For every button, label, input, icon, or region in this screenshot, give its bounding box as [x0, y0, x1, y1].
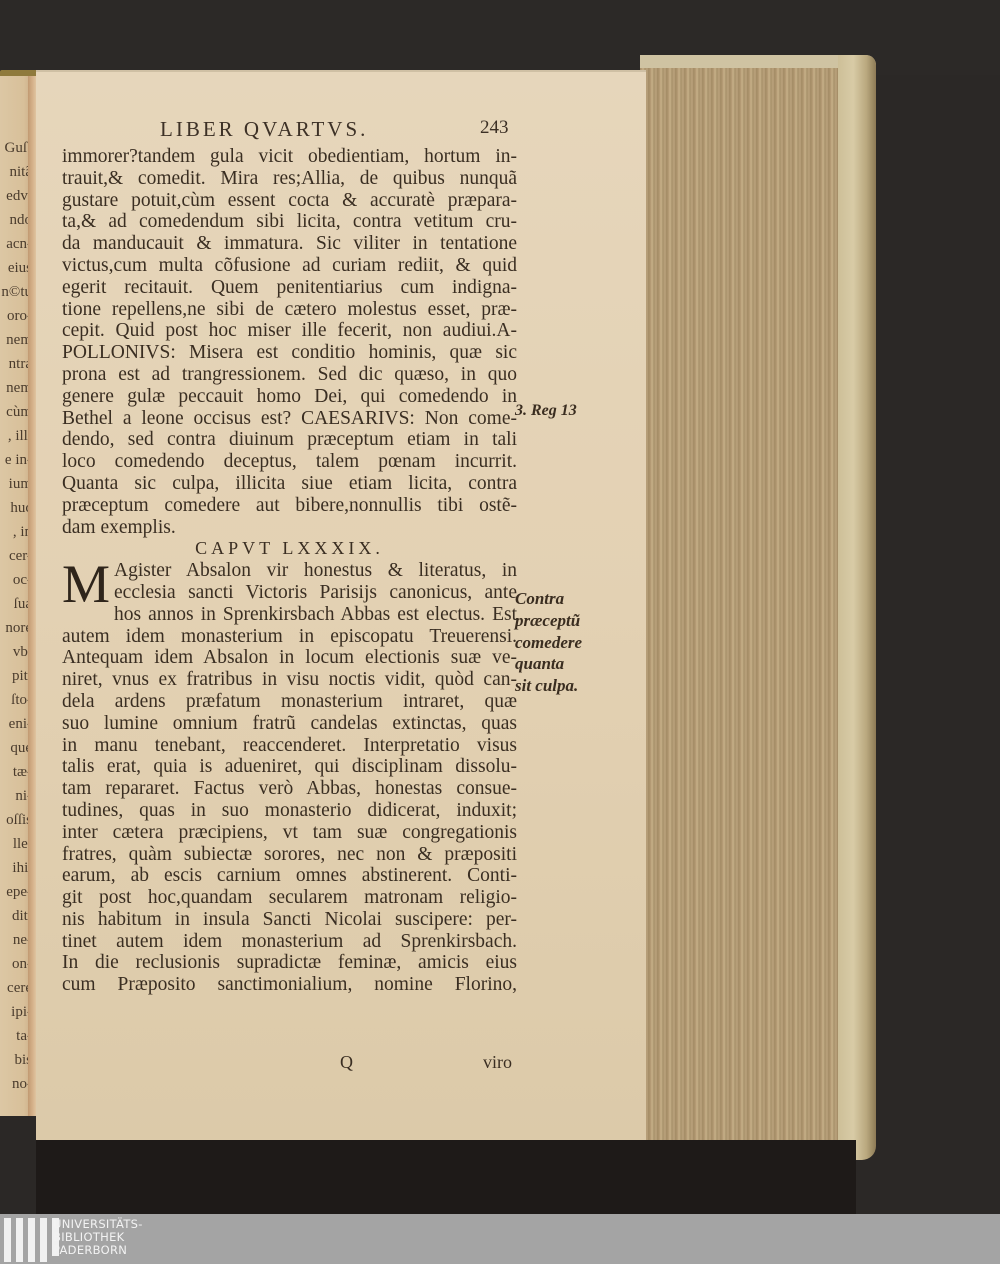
marginal-reference: 3. Reg 13 [515, 400, 577, 422]
text-line: loco comedendo deceptus, talem pœnam inc… [62, 451, 517, 473]
marginal-note-line: præceptũ [515, 610, 582, 632]
text-line: earum, ab escis carnium omnes abstineren… [62, 865, 517, 887]
text-line: immorer?tandem gula vicit obedientiam, h… [62, 146, 517, 168]
text-line: dendo, sed contra diuinum præceptum etia… [62, 429, 517, 451]
book-scan: Guſ’nitãedvtndoacn-eiusn©tuoro-nemntrane… [0, 0, 1000, 1214]
catchword: viro [483, 1052, 512, 1073]
text-line: git post hoc,quandam secularem matronam … [62, 887, 517, 909]
text-line: talis erat, quia is adueniret, qui disci… [62, 756, 517, 778]
text-line: tam repararet. Factus verò Abbas, honest… [62, 778, 517, 800]
background-bottom [36, 1140, 856, 1214]
page-text: immorer?tandem gula vicit obedientiam, h… [62, 146, 517, 996]
text-line: autem idem monasterium in episcopatu Tre… [62, 626, 517, 648]
text-line: niret, vnus ex fratribus in visu noctis … [62, 669, 517, 691]
institution-name: UNIVERSITÄTS- BIBLIOTHEK PADERBORN [53, 1218, 143, 1257]
running-head: LIBER QVARTVS. [160, 117, 368, 142]
logo-dot-icon [40, 1254, 46, 1260]
text-line: tudines, quas in suo monasterio didicera… [62, 800, 517, 822]
chapter-heading: CAPVT LXXXIX. [62, 538, 517, 560]
page-block-fore-edge [640, 68, 840, 1140]
signature-mark: Q [340, 1052, 353, 1073]
marginal-note-line: Contra [515, 588, 582, 610]
text-line: Quanta sic culpa, illicita siue etiam li… [62, 473, 517, 495]
text-line: POLLONIVS: Misera est conditio hominis, … [62, 342, 517, 364]
text-block-1: immorer?tandem gula vicit obedientiam, h… [62, 146, 517, 538]
marginal-note: Contrapræceptũcomederequantasit culpa. [515, 588, 582, 697]
text-block-2: M Agister Absalon vir honestus & literat… [62, 560, 517, 996]
text-line: præceptum comedere aut bibere,nonnullis … [62, 495, 517, 517]
text-line: Agister Absalon vir honestus & literatus… [62, 560, 517, 582]
text-line: genere gulæ peccauit homo Dei, qui comed… [62, 386, 517, 408]
text-line: fratres, quàm subiectæ sorores, nec non … [62, 844, 517, 866]
text-line: tinet autem idem monasterium ad Sprenkir… [62, 931, 517, 953]
text-line: hos annos in Sprenkirsbach Abbas est ele… [62, 604, 517, 626]
text-line: in manu tenebant, reaccenderet. Interpre… [62, 735, 517, 757]
text-line: da manducauit & immatura. Sic viliter in… [62, 233, 517, 255]
text-line: victus,cum multa cõfusione ad curiam red… [62, 255, 517, 277]
text-line: cepit. Quid post hoc miser ille fecerit,… [62, 320, 517, 342]
text-line: gustare potuit,cùm essent cocta & accura… [62, 190, 517, 212]
cover-side-edge [838, 55, 876, 1160]
text-line: nis habitum in insula Sancti Nicolai sus… [62, 909, 517, 931]
drop-cap: M [62, 562, 110, 606]
marginal-note-line: comedere [515, 632, 582, 654]
text-line: Antequam idem Absalon in locum electioni… [62, 647, 517, 669]
page-number: 243 [480, 117, 509, 139]
text-line: suo lumine omnium fratrũ candelas extinc… [62, 713, 517, 735]
text-line: prona est ad trangressionem. Sed dic quæ… [62, 364, 517, 386]
marginal-note-line: quanta [515, 653, 582, 675]
text-line: egerit recitauit. Quem penitentiarius cu… [62, 277, 517, 299]
text-line: trauit,& comedit. Mira res;Allia, de qui… [62, 168, 517, 190]
library-logo-icon [4, 1218, 59, 1262]
footer-bar: UNIVERSITÄTS- BIBLIOTHEK PADERBORN [0, 1214, 1000, 1264]
text-line: ta,& ad comedendum sibi licita, contra v… [62, 211, 517, 233]
text-line: dela ardens præfatum monasterium intrare… [62, 691, 517, 713]
text-line: Bethel a leone occisus est? CAESARIVS: N… [62, 408, 517, 430]
text-line: ecclesia sancti Victoris Parisijs canoni… [62, 582, 517, 604]
text-line: inter cætera præcipiens, vt tam suæ cong… [62, 822, 517, 844]
text-line: tione repellens,ne sibi de cætero molest… [62, 299, 517, 321]
text-line: cum Præposito sanctimonialium, nomine Fl… [62, 974, 517, 996]
text-line: In die reclusionis supradictæ feminæ, am… [62, 952, 517, 974]
text-line: dam exemplis. [62, 517, 517, 539]
marginal-note-line: sit culpa. [515, 675, 582, 697]
